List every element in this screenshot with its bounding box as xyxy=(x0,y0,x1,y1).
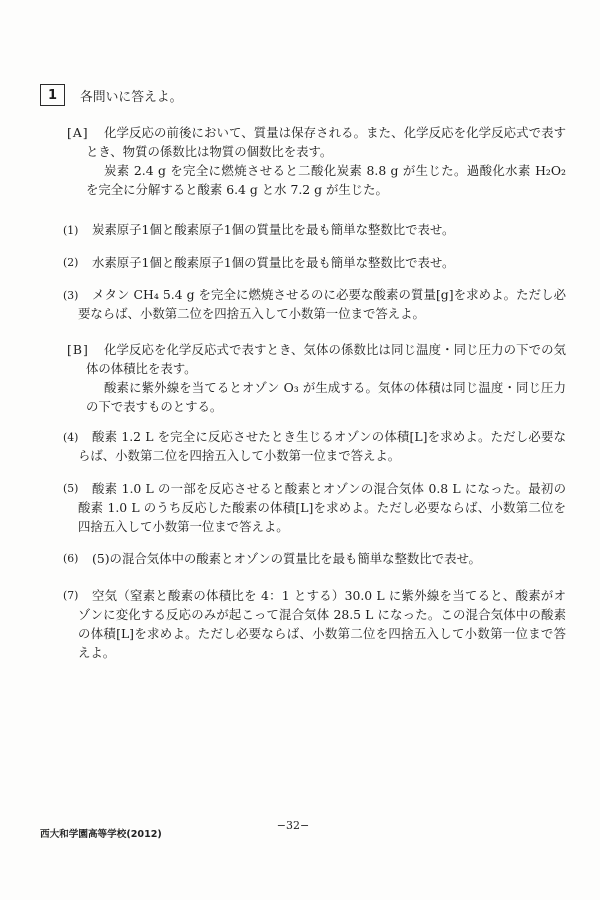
section-b: [B] 化学反応を化学反応式で表すとき、気体の係数比は同じ温度・同じ圧力の下での… xyxy=(40,340,566,416)
question-2-text: 水素原子1個と酸素原子1個の質量比を最も簡単な整数比で表せ。 xyxy=(78,253,566,272)
page-number: −32− xyxy=(0,819,586,832)
question-7-text: 空気（窒素と酸素の体積比を 4：1 とする）30.0 L に紫外線を当てると、酸… xyxy=(78,586,566,662)
exam-page: 1 各問いに答えよ。 [A] 化学反応の前後において、質量は保存される。また、化… xyxy=(0,0,600,900)
question-1-number: (1) xyxy=(63,222,78,239)
question-4: (4) 酸素 1.2 L を完全に反応させたとき生じるオゾンの体積[L]を求めよ… xyxy=(40,427,566,465)
section-b-paragraph-2: 酸素に紫外線を当てるとオゾン O₃ が生成する。気体の体積は同じ温度・同じ圧力の… xyxy=(86,378,566,416)
problem-number-box: 1 xyxy=(40,84,65,106)
question-5: (5) 酸素 1.0 L の一部を反応させると酸素とオゾンの混合気体 0.8 L… xyxy=(40,479,566,536)
section-a: [A] 化学反応の前後において、質量は保存される。また、化学反応を化学反応式で表… xyxy=(40,123,566,199)
section-b-paragraph-1: 化学反応を化学反応式で表すとき、気体の係数比は同じ温度・同じ圧力の下での気体の体… xyxy=(86,340,566,378)
question-5-number: (5) xyxy=(63,480,78,497)
question-6-text: (5)の混合気体中の酸素とオゾンの質量比を最も簡単な整数比で表せ。 xyxy=(78,549,566,568)
question-7: (7) 空気（窒素と酸素の体積比を 4：1 とする）30.0 L に紫外線を当て… xyxy=(40,586,566,662)
question-1: (1) 炭素原子1個と酸素原子1個の質量比を最も簡単な整数比で表せ。 xyxy=(40,220,566,239)
question-6: (6) (5)の混合気体中の酸素とオゾンの質量比を最も簡単な整数比で表せ。 xyxy=(40,549,566,568)
question-4-number: (4) xyxy=(63,429,78,446)
question-3-text: メタン CH₄ 5.4 g を完全に燃焼させるのに必要な酸素の質量[g]を求めよ… xyxy=(78,285,566,323)
question-5-text: 酸素 1.0 L の一部を反応させると酸素とオゾンの混合気体 0.8 L になっ… xyxy=(78,479,566,536)
section-a-label: [A] xyxy=(67,123,89,142)
question-6-number: (6) xyxy=(63,550,78,567)
section-a-paragraph-1: 化学反応の前後において、質量は保存される。また、化学反応を化学反応式で表すとき、… xyxy=(86,123,566,161)
question-3-number: (3) xyxy=(63,287,78,304)
section-a-paragraph-2: 炭素 2.4 g を完全に燃焼させると二酸化炭素 8.8 g が生じた。過酸化水… xyxy=(86,161,566,199)
question-2-number: (2) xyxy=(63,254,78,271)
section-b-label: [B] xyxy=(67,340,89,359)
question-1-text: 炭素原子1個と酸素原子1個の質量比を最も簡単な整数比で表せ。 xyxy=(78,220,566,239)
question-4-text: 酸素 1.2 L を完全に反応させたとき生じるオゾンの体積[L]を求めよ。ただし… xyxy=(78,427,566,465)
question-3: (3) メタン CH₄ 5.4 g を完全に燃焼させるのに必要な酸素の質量[g]… xyxy=(40,285,566,323)
problem-prompt: 各問いに答えよ。 xyxy=(80,86,182,105)
question-2: (2) 水素原子1個と酸素原子1個の質量比を最も簡単な整数比で表せ。 xyxy=(40,253,566,272)
question-7-number: (7) xyxy=(63,587,78,604)
problem-header: 1 各問いに答えよ。 xyxy=(40,84,566,106)
